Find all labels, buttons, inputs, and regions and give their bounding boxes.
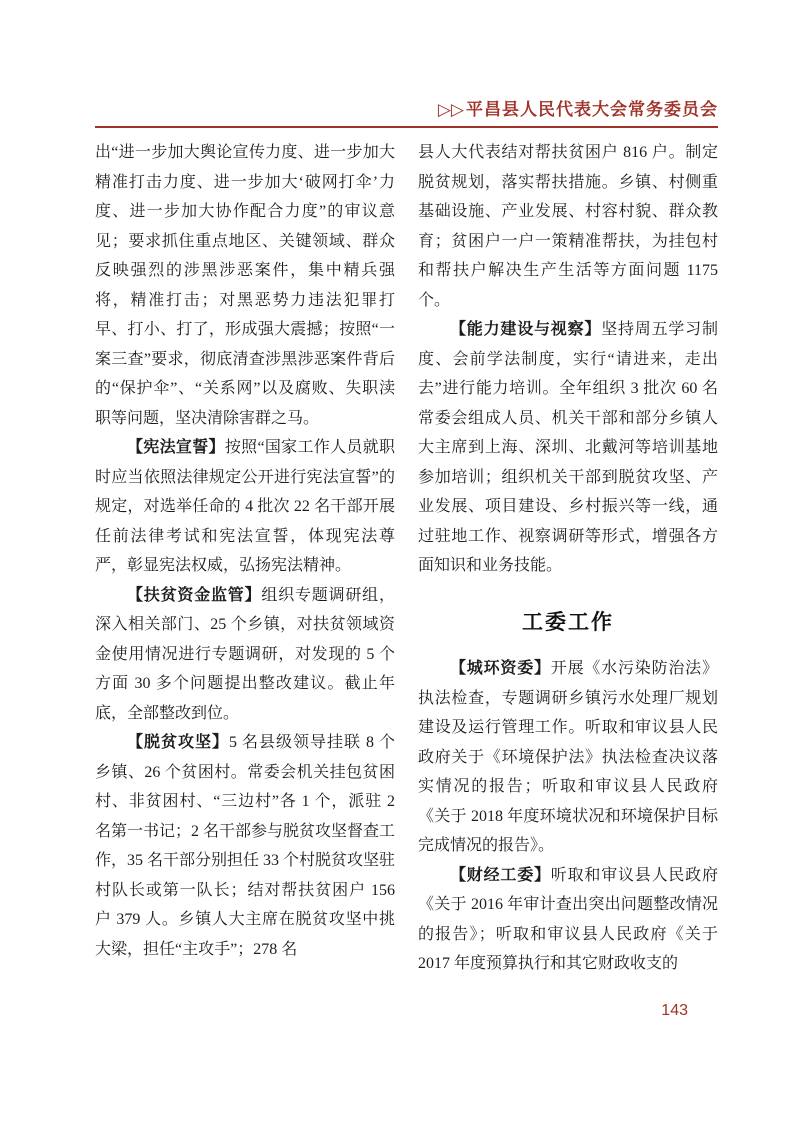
entry-label: 【财经工委】 [450, 867, 551, 884]
header-rule [95, 126, 718, 128]
paragraph-urban-env-committee: 【城环资委】开展《水污染防治法》执法检查，专题调研乡镇污水处理厂规划建设及运行管… [418, 654, 718, 861]
paragraph-text: 县人大代表结对帮扶贫困户 816 户。制定脱贫规划，落实帮扶措施。乡镇、村侧重基… [418, 144, 718, 309]
section-heading-work-committees: 工委工作 [418, 608, 718, 638]
paragraph-text: 开展《水污染防治法》执法检查，专题调研乡镇污水处理厂规划建设及运行管理工作。听取… [418, 660, 718, 854]
paragraph-continuation: 县人大代表结对帮扶贫困户 816 户。制定脱贫规划，落实帮扶措施。乡镇、村侧重基… [418, 138, 718, 315]
entry-label: 【城环资委】 [450, 660, 551, 677]
paragraph-text: 5 名县级领导挂联 8 个乡镇、26 个贫困村。常委会机关挂包贫困村、非贫困村、… [95, 734, 395, 958]
running-head-title: 平昌县人民代表大会常务委员会 [466, 100, 718, 119]
entry-label: 【脱贫攻坚】 [127, 734, 229, 751]
paragraph-text: 按照“国家工作人员就职时应当依照法律规定公开进行宪法宣誓”的规定，对选举任命的 … [95, 439, 395, 574]
paragraph-poverty-alleviation: 【脱贫攻坚】5 名县级领导挂联 8 个乡镇、26 个贫困村。常委会机关挂包贫困村… [95, 728, 395, 964]
paragraph-continuation: 出“进一步加大舆论宣传力度、进一步加大精准打击力度、进一步加大‘破网打伞’力度、… [95, 138, 395, 433]
entry-label: 【宪法宣誓】 [127, 439, 225, 456]
entry-label: 【扶贫资金监管】 [127, 587, 261, 604]
paragraph-finance-committee: 【财经工委】听取和审议县人民政府《关于 2016 年审计查出突出问题整改情况的报… [418, 861, 718, 979]
left-column: 出“进一步加大舆论宣传力度、进一步加大精准打击力度、进一步加大‘破网打伞’力度、… [95, 138, 395, 979]
running-head: ▷▷平昌县人民代表大会常务委员会 [95, 95, 718, 120]
paragraph-text: 坚持周五学习制度、会前学法制度，实行“请进来，走出去”进行能力培训。全年组织 3… [418, 321, 718, 574]
paragraph-capacity-building: 【能力建设与视察】坚持周五学习制度、会前学法制度，实行“请进来，走出去”进行能力… [418, 315, 718, 581]
page-number: 143 [661, 1002, 688, 1020]
paragraph-constitution-oath: 【宪法宣誓】按照“国家工作人员就职时应当依照法律规定公开进行宪法宣誓”的规定，对… [95, 433, 395, 581]
double-right-triangle-icon: ▷▷ [438, 100, 464, 119]
paragraph-text: 出“进一步加大舆论宣传力度、进一步加大精准打击力度、进一步加大‘破网打伞’力度、… [95, 144, 395, 427]
right-column: 县人大代表结对帮扶贫困户 816 户。制定脱贫规划，落实帮扶措施。乡镇、村侧重基… [418, 138, 718, 979]
paragraph-text: 组织专题调研组，深入相关部门、25 个乡镇，对扶贫领域资金使用情况进行专题调研，… [95, 587, 395, 722]
page-content: 出“进一步加大舆论宣传力度、进一步加大精准打击力度、进一步加大‘破网打伞’力度、… [95, 138, 718, 979]
paragraph-poverty-funds: 【扶贫资金监管】组织专题调研组，深入相关部门、25 个乡镇，对扶贫领域资金使用情… [95, 581, 395, 729]
document-page: ▷▷平昌县人民代表大会常务委员会 出“进一步加大舆论宣传力度、进一步加大精准打击… [0, 0, 793, 1122]
entry-label: 【能力建设与视察】 [450, 321, 601, 338]
